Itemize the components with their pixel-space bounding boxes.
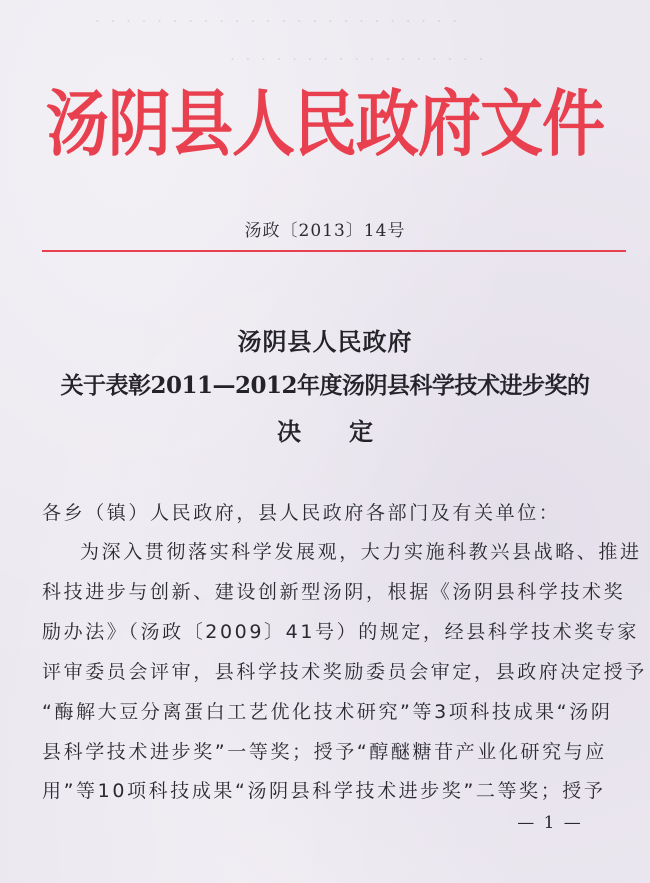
body-line: 为深入贯彻落实科学发展观，大力实施科教兴县战略、推进 bbox=[80, 540, 614, 564]
subject-title: 关于表彰2011—2012年度汤阴县科学技术进步奖的 bbox=[0, 367, 650, 400]
document-type-char-1: 决 bbox=[277, 417, 301, 446]
header-divider bbox=[42, 250, 626, 252]
page-number: — 1 — bbox=[510, 813, 590, 833]
bleed-through-text: · · · · · · · · · · · · · · · · · bbox=[230, 50, 486, 68]
body-line: 用”等10项科技成果“汤阴县科学技术进步奖”二等奖；授予 bbox=[42, 779, 614, 803]
issuer-title: 汤阴县人民政府 bbox=[0, 322, 650, 357]
document-number: 汤政〔2013〕14号 bbox=[0, 216, 650, 241]
body-line: 县科学技术进步奖”一等奖；授予“醇醚糖苷产业化研究与应 bbox=[42, 740, 614, 764]
body-line: “酶解大豆分离蛋白工艺优化技术研究”等3项科技成果“汤阴 bbox=[42, 700, 614, 724]
bleed-through-text: · · · · · · · · · · · · · · · · · · · · … bbox=[95, 12, 460, 30]
body-line: 科技进步与创新、建设创新型汤阴，根据《汤阴县科学技术奖 bbox=[42, 580, 614, 604]
document-type-title: 决定 bbox=[0, 412, 650, 447]
document-header-title: 汤阴县人民政府文件 bbox=[0, 72, 650, 176]
document-type-char-2: 定 bbox=[349, 417, 373, 446]
salutation: 各乡（镇）人民政府，县人民政府各部门及有关单位： bbox=[42, 501, 614, 525]
document-page: · · · · · · · · · · · · · · · · · · · · … bbox=[0, 0, 650, 883]
body-line: 励办法》（汤政〔2009〕41号）的规定，经县科学技术奖专家 bbox=[42, 620, 614, 644]
body-line: 评审委员会评审，县科学技术奖励委员会审定，县政府决定授予 bbox=[42, 660, 614, 684]
